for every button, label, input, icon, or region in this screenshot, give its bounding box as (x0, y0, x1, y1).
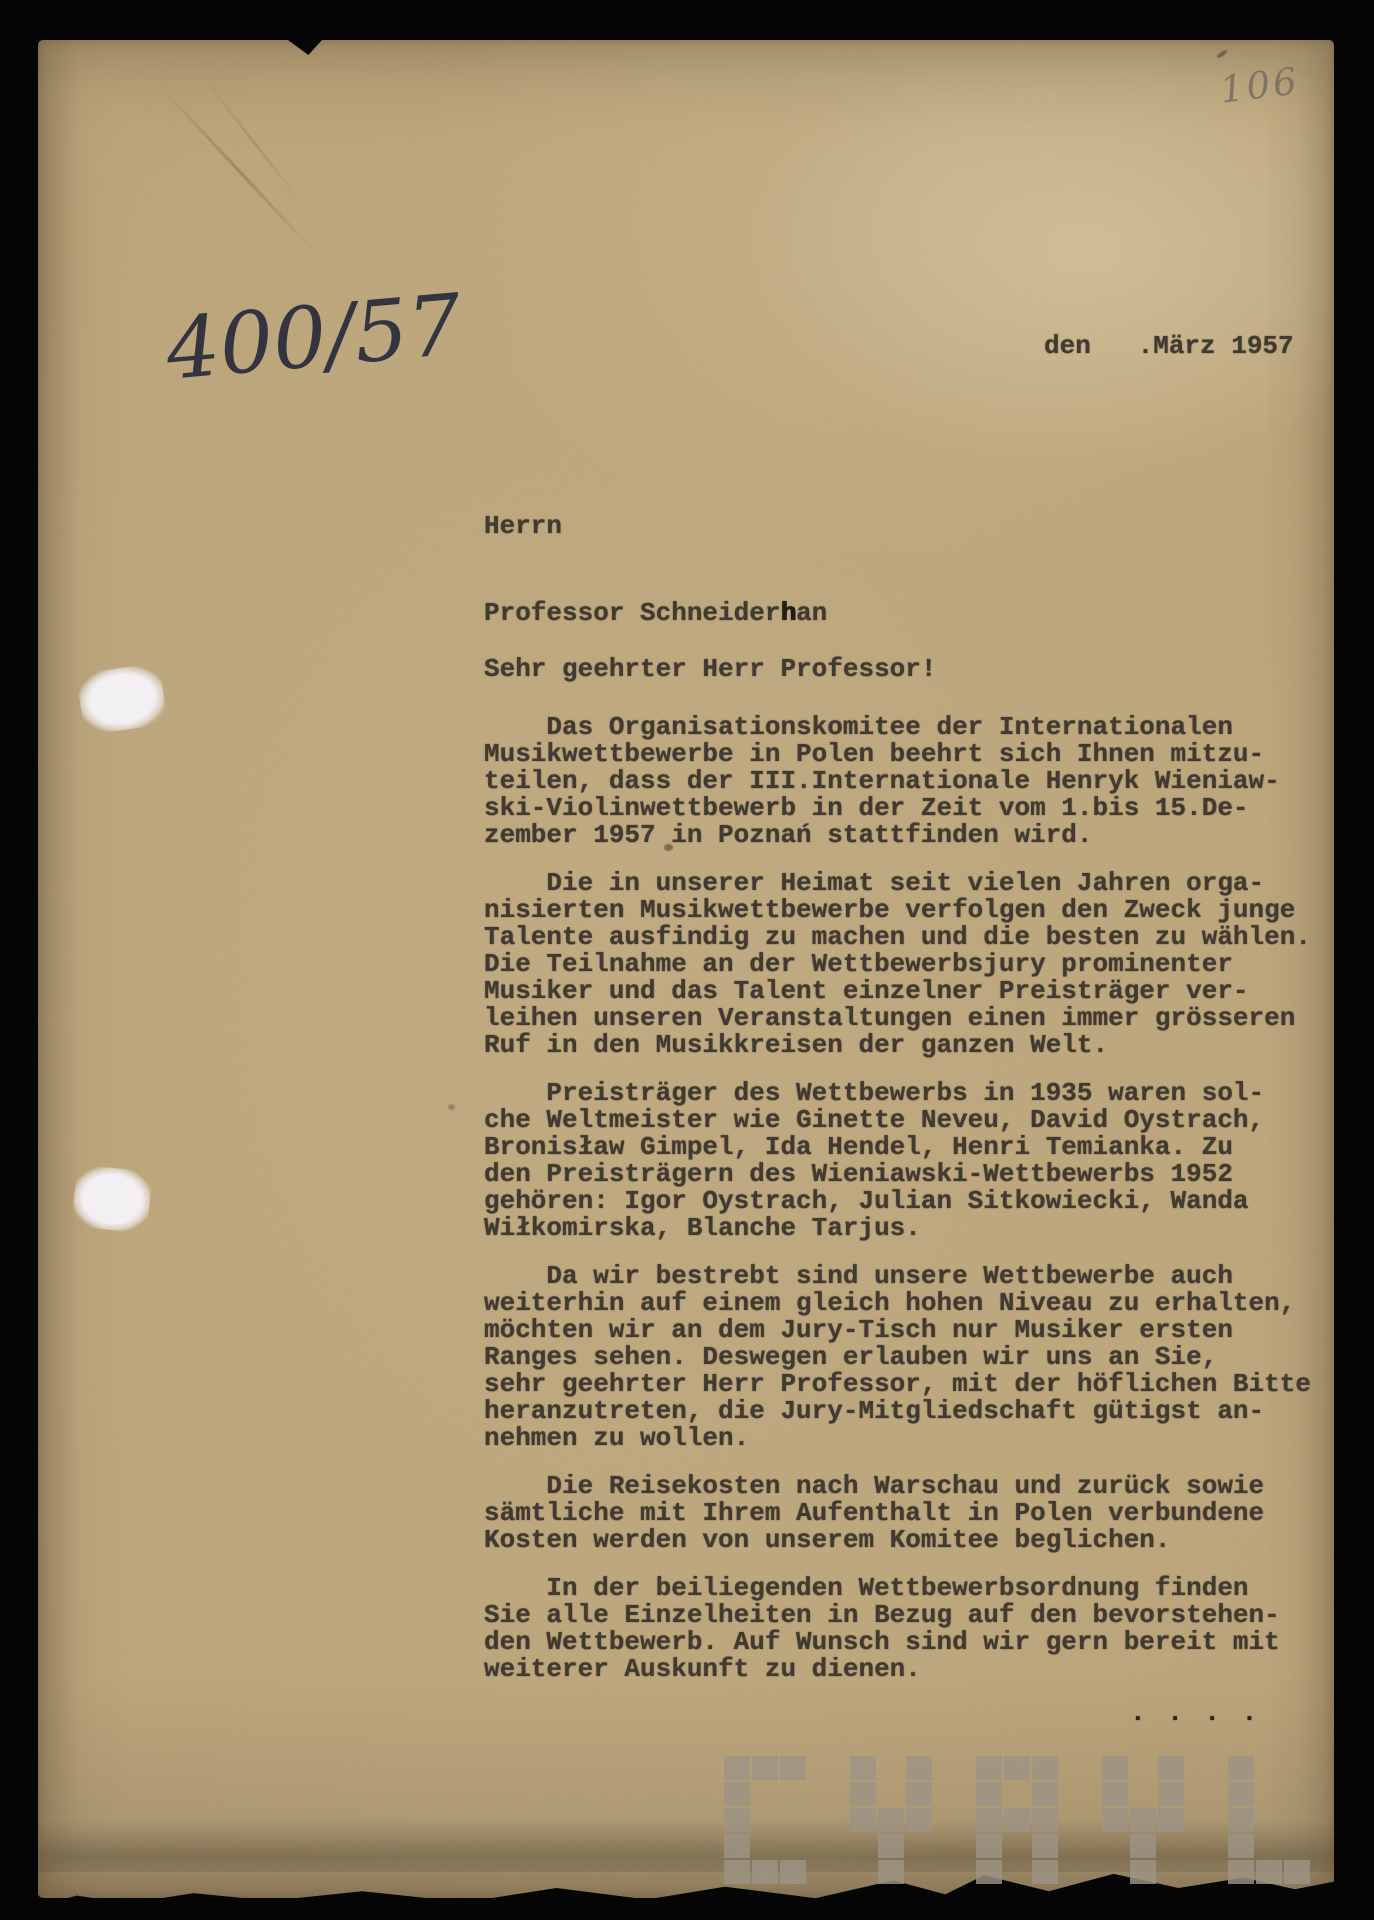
watermark-cell (752, 1782, 778, 1806)
recipient-line1: Herrn (484, 512, 827, 541)
watermark-cell (1102, 1782, 1128, 1806)
body-line: sehr geehrter Herr Professor, mit der hö… (484, 1371, 1344, 1398)
body-line: In der beiliegenden Wettbewerbsordnung f… (484, 1575, 1344, 1602)
body-line: Ruf in den Musikkreisen der ganzen Welt. (484, 1032, 1344, 1059)
body-line: den Preisträgern des Wieniawski-Wettbewe… (484, 1161, 1344, 1188)
body-line: Wiłkomirska, Blanche Tarjus. (484, 1215, 1344, 1242)
watermark-cell (906, 1756, 932, 1780)
overstruck-letter: h (780, 598, 796, 628)
watermark-cell (1256, 1834, 1282, 1858)
watermark-cell (780, 1782, 806, 1806)
watermark-cell (1032, 1756, 1058, 1780)
watermark-cell (1004, 1808, 1030, 1832)
watermark-cell (878, 1782, 904, 1806)
scanned-letter-page: 400/57 106 den .März 1957 Herrn Professo… (0, 0, 1374, 1920)
watermark-cell (752, 1756, 778, 1780)
watermark-cell (1004, 1860, 1030, 1884)
watermark-cell (1284, 1808, 1310, 1832)
watermark-cell (1228, 1860, 1254, 1884)
watermark-cell (906, 1782, 932, 1806)
date-line: den .März 1957 (1044, 333, 1294, 360)
watermark-cell (1102, 1834, 1128, 1858)
white-damage-patch (76, 662, 168, 735)
white-damage-patch (71, 1164, 153, 1234)
paragraph: Da wir bestrebt sind unsere Wettbewerbe … (484, 1263, 1344, 1452)
watermark-cell (724, 1860, 750, 1884)
ink-speck (448, 1104, 455, 1110)
watermark-cell (1004, 1782, 1030, 1806)
watermark-cell (1158, 1860, 1184, 1884)
paragraph: Die Reisekosten nach Warschau und zurück… (484, 1473, 1344, 1554)
body-line: Talente ausfindig zu machen und die best… (484, 924, 1344, 951)
watermark-cell (976, 1808, 1002, 1832)
watermark-cell (850, 1756, 876, 1780)
watermark-cell (1032, 1834, 1058, 1858)
body-line: zember 1957 in Poznań stattfinden wird. (484, 822, 1344, 849)
body-line: Musikwettbewerbe in Polen beehrt sich Ih… (484, 741, 1344, 768)
watermark-cell (1284, 1756, 1310, 1780)
watermark-cell (906, 1860, 932, 1884)
watermark-cell (724, 1834, 750, 1858)
watermark-cell (878, 1756, 904, 1780)
watermark-cell (878, 1808, 904, 1832)
body-line: gehören: Igor Oystrach, Julian Sitkowiec… (484, 1188, 1344, 1215)
watermark-cell (1228, 1834, 1254, 1858)
watermark-cell (976, 1860, 1002, 1884)
watermark-cell (850, 1782, 876, 1806)
watermark-cell (976, 1756, 1002, 1780)
body-line: ski-Violinwettbewerb in der Zeit vom 1.b… (484, 795, 1344, 822)
body-line: Sie alle Einzelheiten in Bezug auf den b… (484, 1602, 1344, 1629)
watermark-cell (1130, 1860, 1156, 1884)
watermark-cell (1102, 1860, 1128, 1884)
paragraph: Das Organisationskomitee der Internation… (484, 714, 1344, 849)
watermark-cell (1130, 1808, 1156, 1832)
watermark-letter (1228, 1756, 1310, 1884)
watermark-cell (1256, 1782, 1282, 1806)
watermark-cell (1004, 1834, 1030, 1858)
watermark-cell (752, 1834, 778, 1858)
recipient-block: Herrn Professor Schneiderhan (484, 454, 827, 686)
letter-body: Das Organisationskomitee der Internation… (484, 714, 1344, 1704)
watermark-letter (1102, 1756, 1184, 1884)
body-line: Die in unserer Heimat seit vielen Jahren… (484, 870, 1344, 897)
watermark-cell (780, 1860, 806, 1884)
body-line: leihen unseren Veranstaltungen einen imm… (484, 1005, 1344, 1032)
watermark-cell (1130, 1756, 1156, 1780)
body-line: weiterer Auskunft zu dienen. (484, 1656, 1344, 1683)
watermark-cell (1032, 1808, 1058, 1832)
watermark-letter (850, 1756, 932, 1884)
watermark-cell (780, 1756, 806, 1780)
watermark-cell (1284, 1782, 1310, 1806)
body-line: Musiker und das Talent einzelner Preistr… (484, 978, 1344, 1005)
cyryl-watermark (724, 1756, 1310, 1884)
watermark-cell (1004, 1756, 1030, 1780)
watermark-cell (780, 1834, 806, 1858)
watermark-letter (976, 1756, 1058, 1884)
paragraph: Die in unserer Heimat seit vielen Jahren… (484, 870, 1344, 1059)
body-line: den Wettbewerb. Auf Wunsch sind wir gern… (484, 1629, 1344, 1656)
watermark-cell (906, 1834, 932, 1858)
salutation: Sehr geehrter Herr Professor! (484, 656, 936, 683)
body-line: Da wir bestrebt sind unsere Wettbewerbe … (484, 1263, 1344, 1290)
body-line: Die Teilnahme an der Wettbewerbsjury pro… (484, 951, 1344, 978)
body-line: nisierten Musikwettbewerbe verfolgen den… (484, 897, 1344, 924)
watermark-cell (1032, 1860, 1058, 1884)
watermark-cell (976, 1782, 1002, 1806)
body-line: Kosten werden von unserem Komitee beglic… (484, 1527, 1344, 1554)
watermark-letter (724, 1756, 806, 1884)
watermark-cell (1228, 1808, 1254, 1832)
watermark-cell (1102, 1808, 1128, 1832)
watermark-cell (1158, 1834, 1184, 1858)
watermark-cell (752, 1860, 778, 1884)
paragraph: Preisträger des Wettbewerbs in 1935 ware… (484, 1080, 1344, 1242)
body-line: heranzutreten, die Jury-Mitgliedschaft g… (484, 1398, 1344, 1425)
watermark-cell (752, 1808, 778, 1832)
watermark-cell (878, 1860, 904, 1884)
watermark-cell (1158, 1756, 1184, 1780)
watermark-cell (1284, 1860, 1310, 1884)
watermark-cell (878, 1834, 904, 1858)
watermark-cell (1158, 1808, 1184, 1832)
watermark-cell (850, 1834, 876, 1858)
body-line: Das Organisationskomitee der Internation… (484, 714, 1344, 741)
watermark-cell (850, 1808, 876, 1832)
watermark-cell (976, 1834, 1002, 1858)
watermark-cell (724, 1756, 750, 1780)
body-line: Die Reisekosten nach Warschau und zurück… (484, 1473, 1344, 1500)
recipient-line2: Professor Schneiderhan (484, 599, 827, 628)
watermark-cell (1158, 1782, 1184, 1806)
watermark-cell (850, 1860, 876, 1884)
watermark-cell (1130, 1834, 1156, 1858)
watermark-cell (1228, 1782, 1254, 1806)
body-line: Ranges sehen. Deswegen erlauben wir uns … (484, 1344, 1344, 1371)
watermark-cell (1256, 1808, 1282, 1832)
closing-dots: . . . . (1130, 1698, 1260, 1728)
recipient-name-post: an (796, 598, 827, 628)
body-line: Bronisław Gimpel, Ida Hendel, Henri Temi… (484, 1134, 1344, 1161)
watermark-cell (906, 1808, 932, 1832)
watermark-cell (780, 1808, 806, 1832)
body-line: Preisträger des Wettbewerbs in 1935 ware… (484, 1080, 1344, 1107)
watermark-cell (1102, 1756, 1128, 1780)
body-line: möchten wir an dem Jury-Tisch nur Musike… (484, 1317, 1344, 1344)
recipient-name-pre: Professor Schneider (484, 598, 780, 628)
watermark-cell (1032, 1782, 1058, 1806)
body-line: weiterhin auf einem gleich hohen Niveau … (484, 1290, 1344, 1317)
watermark-cell (1284, 1834, 1310, 1858)
body-line: che Weltmeister wie Ginette Neveu, David… (484, 1107, 1344, 1134)
paragraph: In der beiliegenden Wettbewerbsordnung f… (484, 1575, 1344, 1683)
watermark-cell (724, 1808, 750, 1832)
watermark-cell (1228, 1756, 1254, 1780)
body-line: teilen, dass der III.Internationale Henr… (484, 768, 1344, 795)
watermark-cell (724, 1782, 750, 1806)
body-line: sämtliche mit Ihrem Aufenthalt in Polen … (484, 1500, 1344, 1527)
watermark-cell (1256, 1860, 1282, 1884)
watermark-cell (1130, 1782, 1156, 1806)
body-line: nehmen zu wollen. (484, 1425, 1344, 1452)
watermark-cell (1256, 1756, 1282, 1780)
